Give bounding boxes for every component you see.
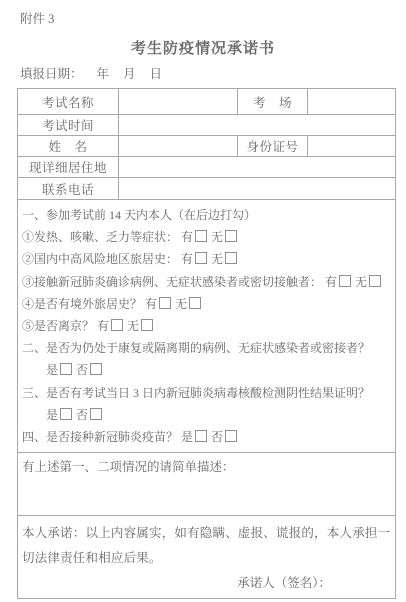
description-section: 有上述第一、二项情况的请简单描述：: [18, 453, 396, 516]
option-checkbox[interactable]: [225, 252, 237, 264]
table-row: 考试时间: [18, 115, 396, 136]
option-label: 是: [181, 430, 193, 444]
option-label: 有: [97, 319, 109, 333]
option-checkbox[interactable]: [189, 297, 201, 309]
exam-time-input[interactable]: [119, 115, 396, 136]
description-prompt: 有上述第一、二项情况的请简单描述：: [22, 458, 391, 476]
questionnaire-line: ③接触新冠肺炎确诊病例、无症状感染者或密切接触者：有无: [22, 271, 391, 293]
option-checkbox[interactable]: [195, 230, 207, 242]
option-checkbox[interactable]: [60, 363, 72, 375]
option-label: 是: [46, 408, 58, 422]
table-row: 现详细居住地: [18, 157, 396, 178]
questionnaire-line: 三、是否有考试当日 3 日内新冠肺炎病毒核酸检测阴性结果证明？: [22, 382, 391, 404]
signature-label: 承诺人（签名）：: [237, 576, 331, 590]
option-label: 否: [76, 408, 88, 422]
option-checkbox[interactable]: [90, 408, 102, 420]
option-checkbox[interactable]: [141, 319, 153, 331]
option-label: 无: [211, 252, 223, 266]
exam-time-label: 考试时间: [18, 115, 119, 136]
questionnaire-line: ①发热、咳嗽、乏力等症状：有无: [22, 226, 391, 248]
option-label: 有: [325, 275, 337, 289]
info-table: 考试名称 考 场 考试时间 姓 名 身份证号 现详细居住地 联系电话 一、参加考…: [17, 88, 396, 599]
option-label: 无: [127, 319, 139, 333]
option-label: 有: [181, 230, 193, 244]
questionnaire-line: ④是否有境外旅居史？有无: [22, 293, 391, 315]
questionnaire-section: 一、参加考试前 14 天内本人（在后边打勾）①发热、咳嗽、乏力等症状：有无②国内…: [18, 200, 396, 453]
option-label: 无: [175, 297, 187, 311]
questionnaire-line: 四、是否接种新冠肺炎疫苗？是否: [22, 426, 391, 448]
questionnaire-line: ②国内中高风险地区旅居史：有无: [22, 248, 391, 270]
document-page: 附件 3 考生防疫情况承诺书 填报日期：年月日 考试名称 考 场 考试时间 姓 …: [0, 0, 406, 602]
option-checkbox[interactable]: [195, 430, 207, 442]
option-checkbox[interactable]: [225, 230, 237, 242]
name-label: 姓 名: [18, 136, 119, 157]
questionnaire-text: 四、是否接种新冠肺炎疫苗？: [22, 430, 178, 444]
questionnaire-line: 是否: [22, 359, 391, 381]
id-number-input[interactable]: [308, 136, 396, 157]
option-label: 否: [76, 363, 88, 377]
option-checkbox[interactable]: [111, 319, 123, 331]
fill-date-line: 填报日期：年月日: [20, 64, 162, 82]
phone-label: 联系电话: [18, 178, 119, 200]
name-input[interactable]: [119, 136, 238, 157]
exam-room-label: 考 场: [238, 89, 308, 115]
commitment-text: 本人承诺：以上内容属实，如有隐瞒、虚报、谎报的，本人承担一切法律责任和相应后果。: [22, 521, 391, 571]
id-number-label: 身份证号: [238, 136, 308, 157]
option-label: 无: [355, 275, 367, 289]
option-checkbox[interactable]: [195, 252, 207, 264]
option-label: 无: [211, 230, 223, 244]
questionnaire-text: 三、是否有考试当日 3 日内新冠肺炎病毒核酸检测阴性结果证明？: [22, 386, 370, 400]
option-checkbox[interactable]: [90, 363, 102, 375]
table-row: 考试名称 考 场: [18, 89, 396, 115]
questionnaire-text: 二、是否为仍处于康复或隔离期的病例、无症状感染者或密接者？: [22, 341, 370, 355]
phone-input[interactable]: [119, 178, 396, 200]
questionnaire-text: ④是否有境外旅居史？: [22, 297, 142, 311]
option-label: 否: [211, 430, 223, 444]
questionnaire-line: 二、是否为仍处于康复或隔离期的病例、无症状感染者或密接者？: [22, 337, 391, 359]
option-checkbox[interactable]: [369, 275, 381, 287]
questionnaire-text: ②国内中高风险地区旅居史：: [22, 252, 178, 266]
questionnaire-text: ⑤是否离京？: [22, 319, 94, 333]
option-checkbox[interactable]: [60, 408, 72, 420]
questionnaire-text: ③接触新冠肺炎确诊病例、无症状感染者或密切接触者：: [22, 275, 322, 289]
table-row: 本人承诺：以上内容属实，如有隐瞒、虚报、谎报的，本人承担一切法律责任和相应后果。…: [18, 516, 396, 599]
option-label: 有: [145, 297, 157, 311]
questionnaire-text: ①发热、咳嗽、乏力等症状：: [22, 230, 178, 244]
questionnaire-list: 一、参加考试前 14 天内本人（在后边打勾）①发热、咳嗽、乏力等症状：有无②国内…: [22, 204, 391, 448]
date-year-label: 年: [97, 67, 110, 81]
table-row: 有上述第一、二项情况的请简单描述：: [18, 453, 396, 516]
table-row: 联系电话: [18, 178, 396, 200]
questionnaire-text: 一、参加考试前 14 天内本人（在后边打勾）: [22, 208, 256, 222]
table-row: 一、参加考试前 14 天内本人（在后边打勾）①发热、咳嗽、乏力等症状：有无②国内…: [18, 200, 396, 453]
questionnaire-line: 是否: [22, 404, 391, 426]
questionnaire-line: ⑤是否离京？有无: [22, 315, 391, 337]
table-row: 姓 名 身份证号: [18, 136, 396, 157]
questionnaire-line: 一、参加考试前 14 天内本人（在后边打勾）: [22, 204, 391, 226]
commitment-section: 本人承诺：以上内容属实，如有隐瞒、虚报、谎报的，本人承担一切法律责任和相应后果。…: [18, 516, 396, 599]
residence-label: 现详细居住地: [18, 157, 119, 178]
signature-line: 承诺人（签名）：: [22, 573, 391, 593]
date-day-label: 日: [150, 67, 163, 81]
option-label: 有: [181, 252, 193, 266]
exam-name-input[interactable]: [119, 89, 238, 115]
option-label: 是: [46, 363, 58, 377]
option-checkbox[interactable]: [339, 275, 351, 287]
option-checkbox[interactable]: [225, 430, 237, 442]
page-title: 考生防疫情况承诺书: [0, 37, 406, 58]
date-month-label: 月: [123, 67, 136, 81]
attachment-label: 附件 3: [20, 9, 54, 27]
option-checkbox[interactable]: [159, 297, 171, 309]
fill-date-label: 填报日期：: [20, 67, 83, 81]
exam-room-input[interactable]: [308, 89, 396, 115]
description-input[interactable]: [22, 476, 391, 510]
residence-input[interactable]: [119, 157, 396, 178]
exam-name-label: 考试名称: [18, 89, 119, 115]
